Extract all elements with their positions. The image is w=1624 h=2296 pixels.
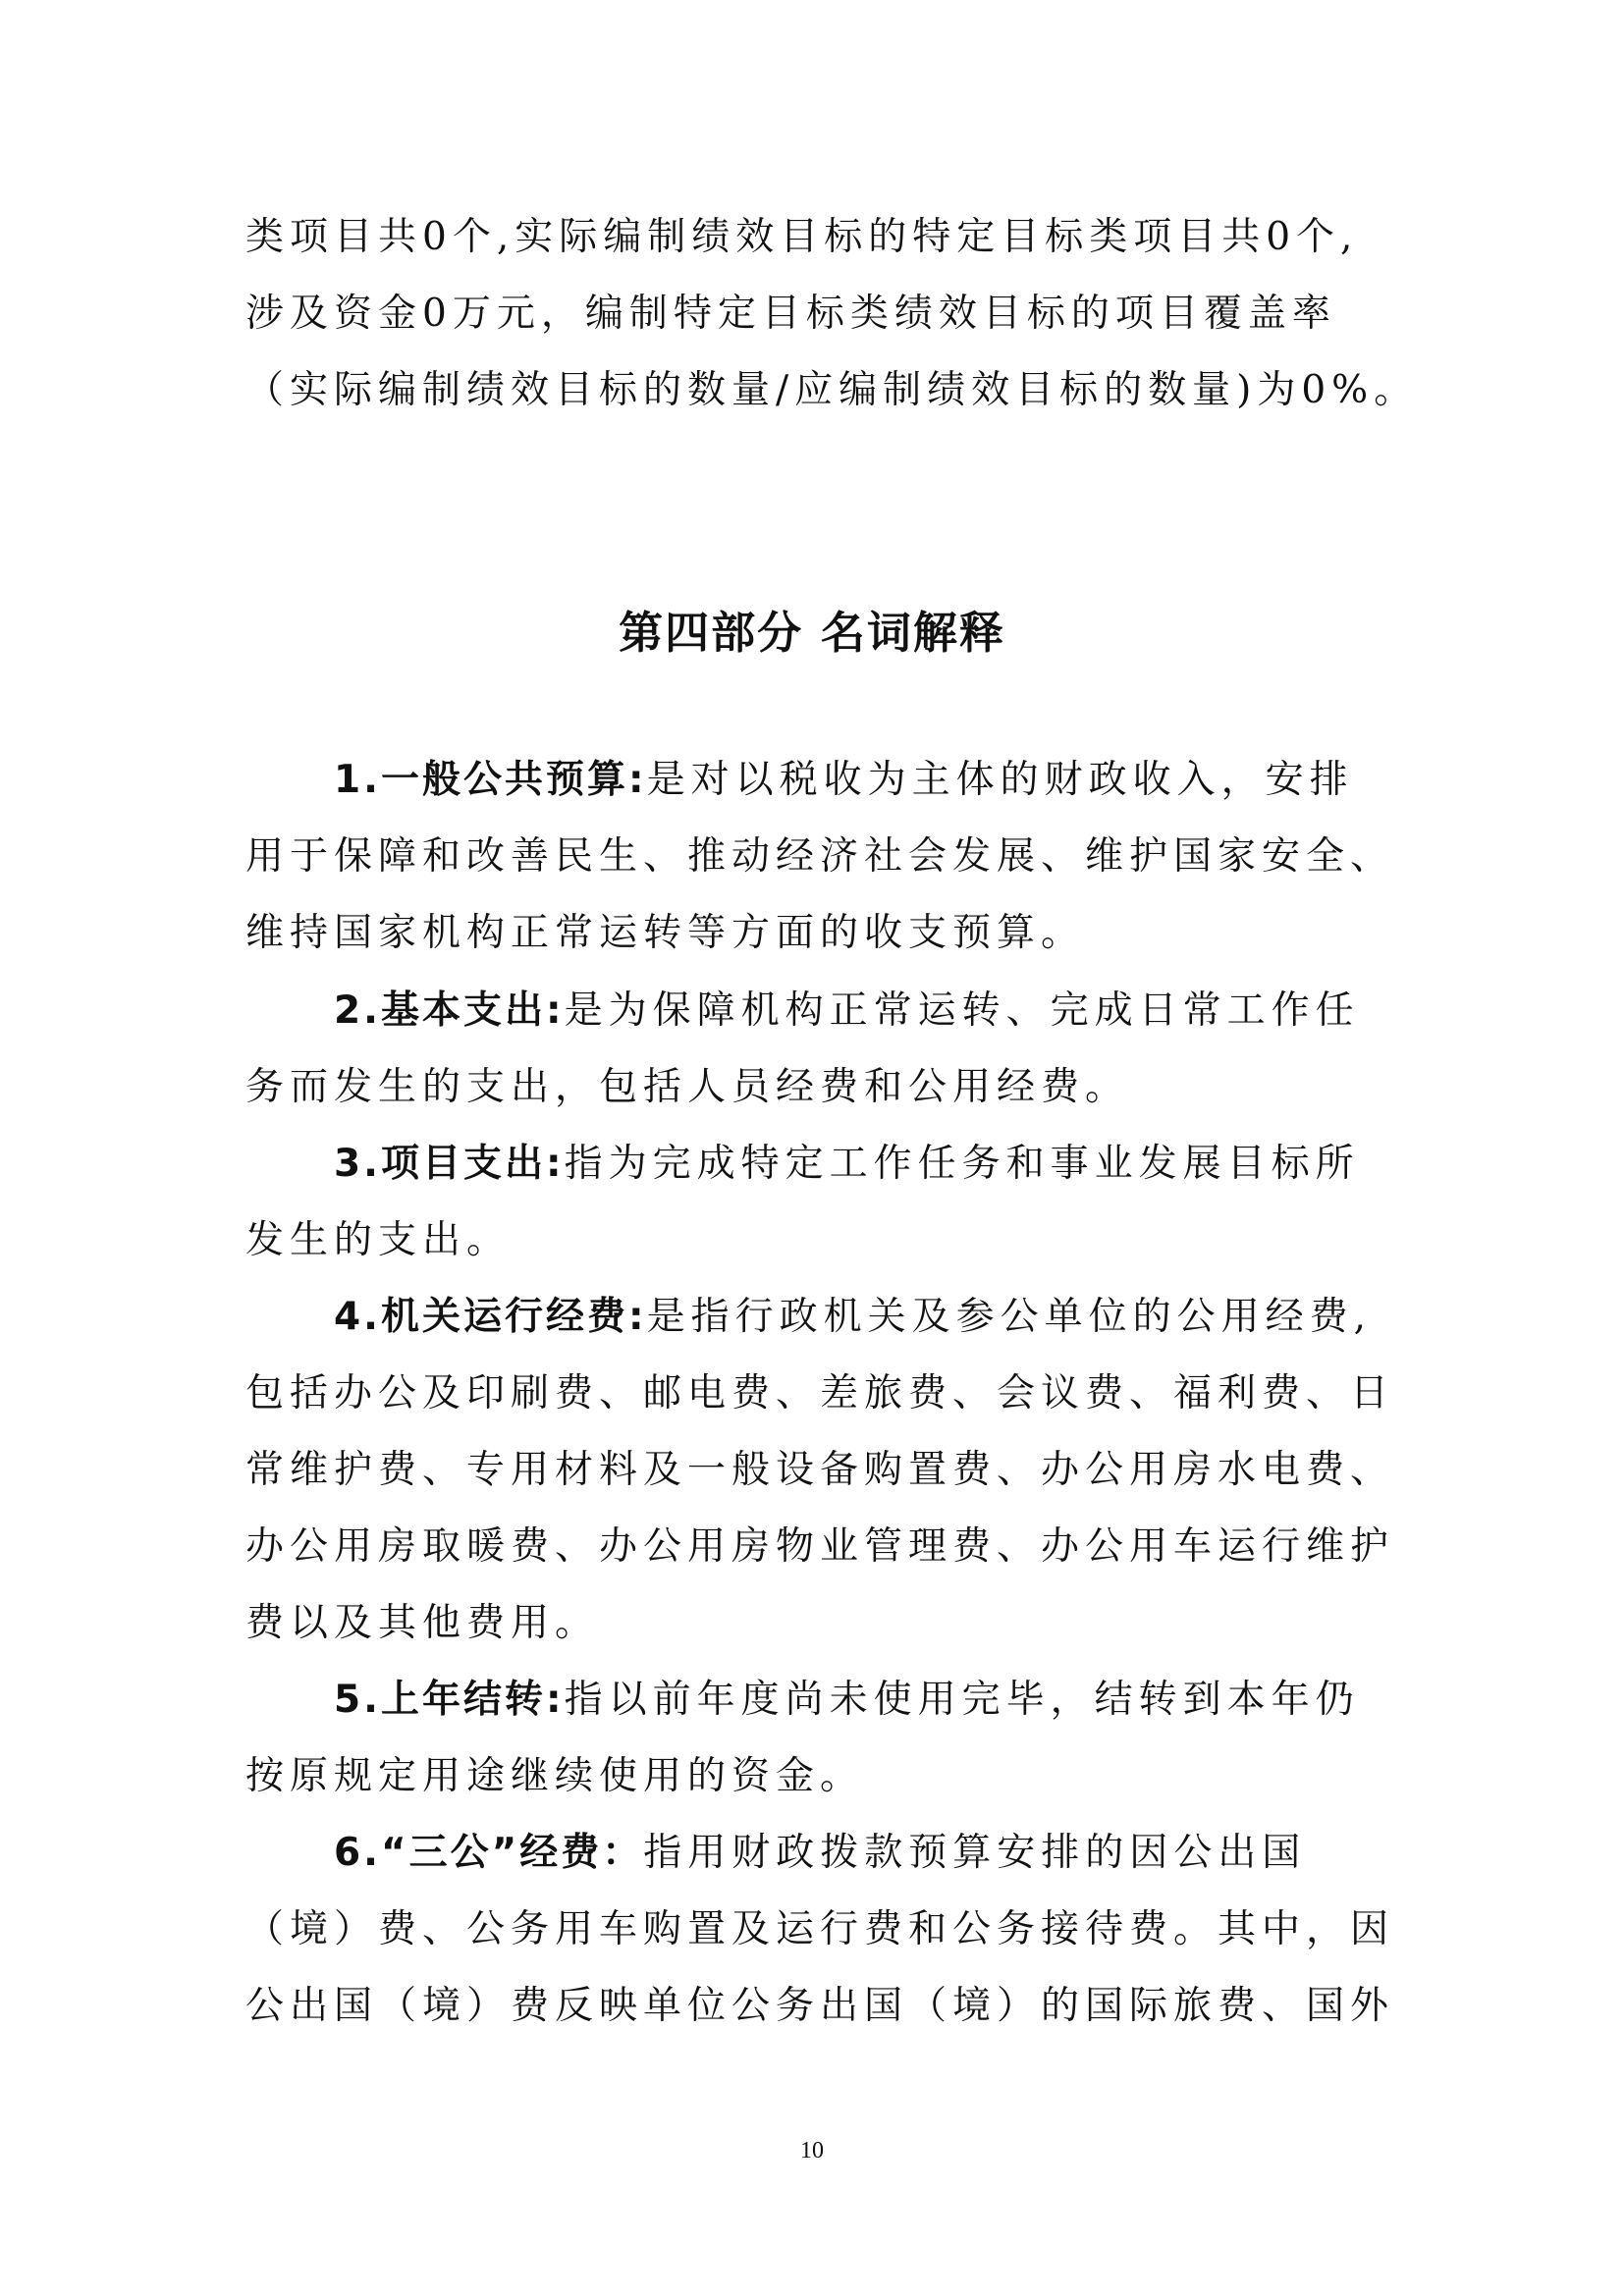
definition-item: 2.基本支出:是为保障机构正常运转、完成日常工作任: [334, 991, 1492, 1030]
definition-text: 务而发生的支出，包括人员经费和公用经费。: [245, 1068, 1404, 1106]
definition-item: 4.机关运行经费:是指行政机关及参公单位的公用经费,: [334, 1298, 1492, 1336]
definition-text: 办公用房取暖费、办公用房物业管理费、办公用车运行维护: [245, 1527, 1404, 1566]
definition-item: 5.上年结转:指以前年度尚未使用完毕，结转到本年仍: [334, 1681, 1492, 1719]
definition-text: 公出国（境）费反映单位公务出国（境）的国际旅费、国外: [245, 1987, 1404, 2025]
definition-text: 发生的支出。: [245, 1221, 1404, 1259]
definition-text: 费以及其他费用。: [245, 1604, 1404, 1642]
definition-text: 用于保障和改善民生、推动经济社会发展、维护国家安全、: [245, 837, 1404, 876]
definition-text: 指为完成特定工作任务和事业发展目标所: [565, 1142, 1360, 1186]
definition-term: 2.基本支出:: [334, 988, 565, 1033]
definition-term: 4.机关运行经费:: [334, 1295, 647, 1339]
page-number: 10: [0, 2138, 1624, 2164]
intro-line: （实际编制绩效目标的数量/应编制绩效目标的数量)为0%。: [245, 371, 1404, 409]
definition-text: 是对以税收为主体的财政收入，安排: [647, 758, 1354, 802]
definition-term: 6.“三公”经费：: [334, 1831, 643, 1875]
definition-text: 维持国家机构正常运转等方面的收支预算。: [245, 914, 1404, 952]
definition-item: 6.“三公”经费：指用财政拨款预算安排的因公出国: [334, 1834, 1492, 1872]
section-title: 第四部分 名词解释: [0, 597, 1624, 661]
definition-text: 是指行政机关及参公单位的公用经费,: [647, 1295, 1372, 1339]
definition-term: 5.上年结转:: [334, 1678, 565, 1722]
definition-text: 包括办公及印刷费、邮电费、差旅费、会议费、福利费、日: [245, 1374, 1404, 1413]
intro-line: 类项目共0个,实际编制绩效目标的特定目标类项目共0个,: [245, 218, 1404, 256]
definition-text: （境）费、公务用车购置及运行费和公务接待费。其中，因: [245, 1910, 1404, 1949]
definition-term: 1.一般公共预算:: [334, 758, 647, 802]
definition-text: 是为保障机构正常运转、完成日常工作任: [565, 988, 1360, 1033]
definition-text: 指以前年度尚未使用完毕，结转到本年仍: [565, 1678, 1360, 1722]
definition-text: 指用财政拨款预算安排的因公出国: [643, 1831, 1306, 1875]
definition-term: 3.项目支出:: [334, 1142, 565, 1186]
definition-text: 常维护费、专用材料及一般设备购置费、办公用房水电费、: [245, 1451, 1404, 1489]
definition-item: 3.项目支出:指为完成特定工作任务和事业发展目标所: [334, 1145, 1492, 1183]
definition-text: 按原规定用途继续使用的资金。: [245, 1757, 1404, 1795]
intro-line: 涉及资金0万元，编制特定目标类绩效目标的项目覆盖率: [245, 294, 1404, 333]
definition-item: 1.一般公共预算:是对以税收为主体的财政收入，安排: [334, 761, 1492, 799]
